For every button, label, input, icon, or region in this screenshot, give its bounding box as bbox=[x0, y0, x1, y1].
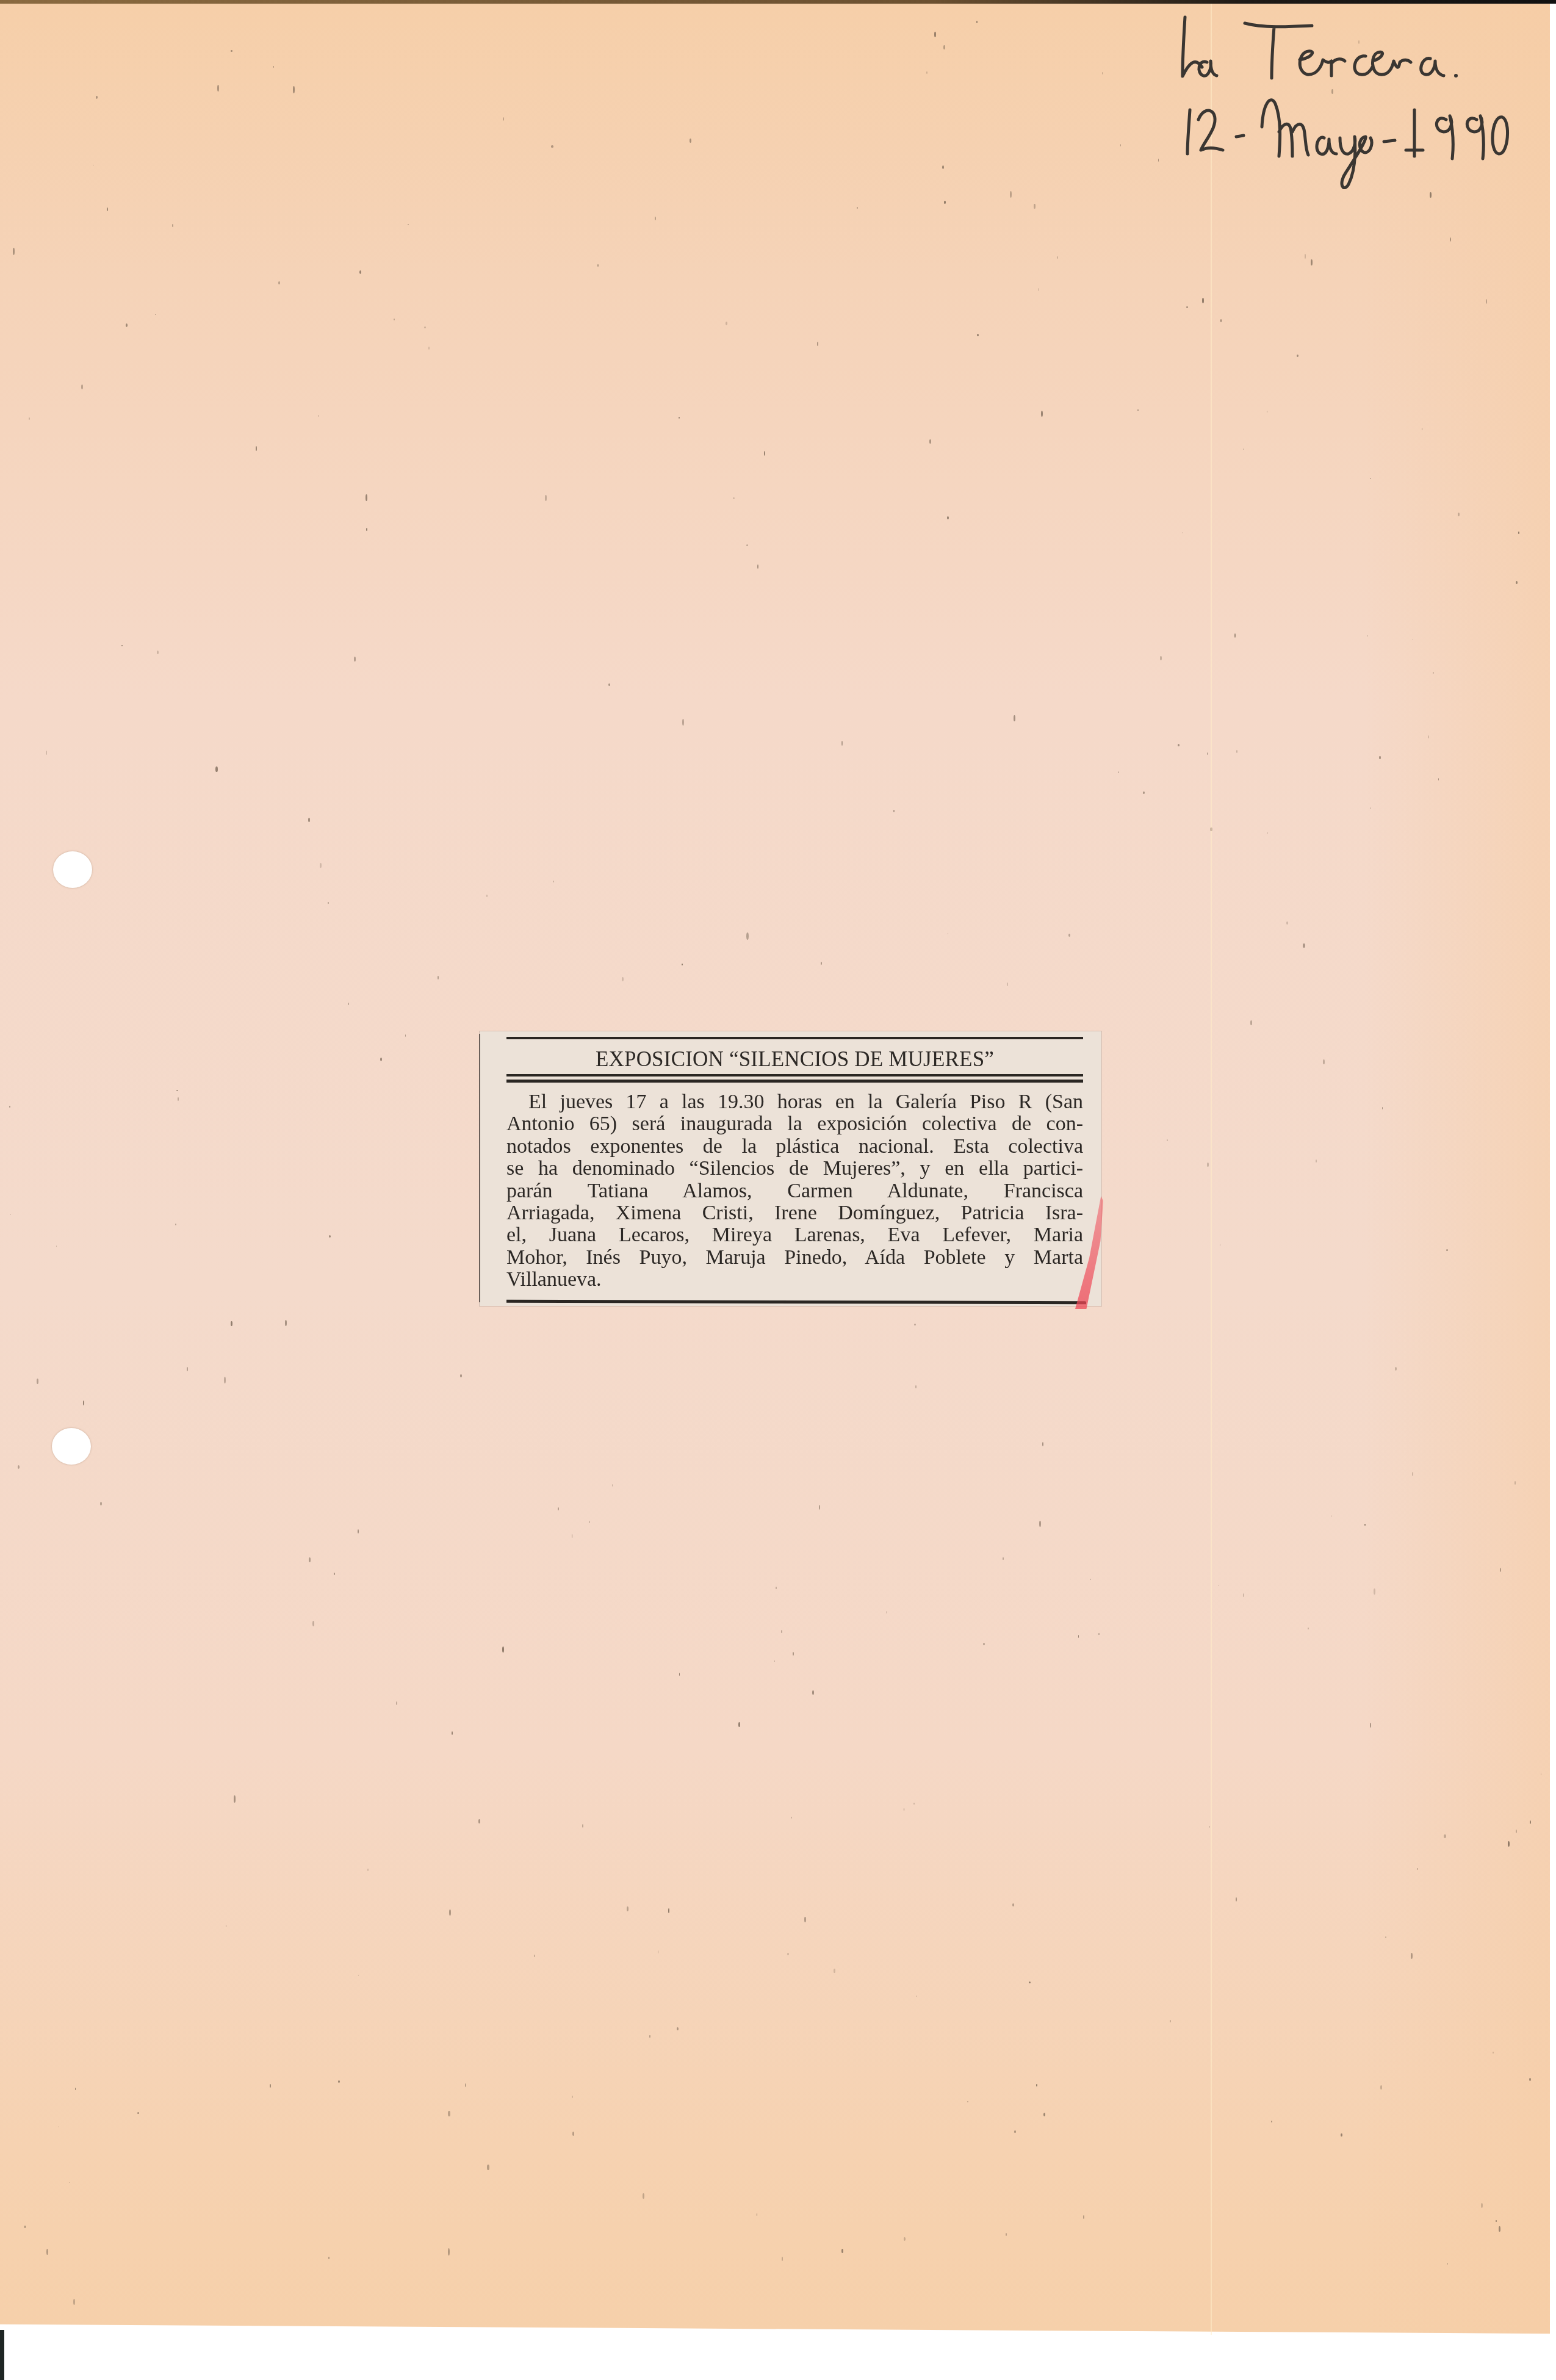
paper-speck bbox=[612, 1484, 613, 1487]
paper-speck bbox=[226, 1925, 226, 1926]
paper-speck bbox=[857, 207, 858, 209]
paper-speck bbox=[1207, 752, 1208, 755]
paper-speck bbox=[1444, 1834, 1446, 1839]
paper-speck bbox=[318, 415, 319, 417]
newspaper-clipping: EXPOSICION “SILENCIOS DE MUJERES” El jue… bbox=[480, 1031, 1101, 1306]
paper-speck bbox=[1385, 1936, 1386, 1938]
paper-crease-line bbox=[1211, 4, 1212, 2335]
paper-speck bbox=[926, 71, 927, 74]
paper-speck bbox=[465, 2083, 466, 2087]
paper-speck bbox=[1034, 204, 1035, 209]
paper-speck bbox=[328, 902, 329, 904]
paper-speck bbox=[460, 1374, 462, 1377]
paper-speck bbox=[293, 86, 295, 93]
paper-speck bbox=[452, 1731, 453, 1735]
paper-speck bbox=[572, 2096, 573, 2098]
paper-speck bbox=[487, 2165, 489, 2170]
paper-speck bbox=[914, 1324, 916, 1325]
paper-speck bbox=[934, 32, 935, 37]
clipping-body-line: el, Juana Lecaros, Mireya Larenas, Eva L… bbox=[506, 1224, 1083, 1246]
paper-speck bbox=[1379, 756, 1380, 759]
paper-speck bbox=[1481, 2203, 1483, 2208]
paper-speck bbox=[791, 1817, 792, 1819]
headline-rule-thick bbox=[506, 1080, 1083, 1083]
paper-speck bbox=[738, 1722, 740, 1727]
punch-hole-bottom bbox=[52, 1428, 91, 1465]
paper-speck bbox=[366, 494, 367, 501]
handwritten-note: La Tercera. 12-Mayo-1990 bbox=[1172, 12, 1513, 189]
paper-speck bbox=[312, 1621, 314, 1626]
paper-speck bbox=[1516, 581, 1518, 585]
paper-speck bbox=[649, 2035, 650, 2038]
paper-speck bbox=[354, 657, 356, 661]
paper-speck bbox=[448, 2111, 450, 2116]
paper-speck bbox=[380, 1058, 382, 1061]
paper-speck bbox=[1234, 633, 1236, 637]
paper-speck bbox=[977, 334, 979, 336]
paper-speck bbox=[551, 145, 553, 148]
paper-speck bbox=[1202, 298, 1204, 303]
paper-speck bbox=[1341, 2133, 1342, 2137]
paper-speck bbox=[231, 50, 232, 52]
paper-speck bbox=[1083, 2215, 1085, 2219]
paper-speck bbox=[320, 863, 322, 867]
paper-speck bbox=[24, 2226, 25, 2228]
clipping-body-line: Arriagada, Ximena Cristi, Irene Domíngue… bbox=[506, 1202, 1083, 1224]
paper-speck bbox=[1210, 828, 1212, 831]
paper-speck bbox=[841, 2249, 843, 2253]
paper-speck bbox=[100, 1502, 102, 1506]
paper-speck bbox=[746, 932, 748, 939]
paper-speck bbox=[1220, 319, 1222, 322]
paper-speck bbox=[967, 2101, 968, 2102]
paper-speck bbox=[942, 165, 944, 169]
paper-speck bbox=[655, 217, 656, 220]
paper-speck bbox=[1308, 1628, 1308, 1630]
clipping-body-line: parán Tatiana Alamos, Carmen Aldunate, F… bbox=[506, 1180, 1083, 1202]
clipping-body-line: Villanueva. bbox=[506, 1269, 1083, 1291]
paper-speck bbox=[929, 439, 931, 443]
paper-speck bbox=[776, 1587, 777, 1589]
paper-speck bbox=[983, 1643, 985, 1646]
paper-speck bbox=[83, 1401, 84, 1405]
paper-speck bbox=[1382, 1107, 1383, 1109]
paper-speck bbox=[503, 117, 504, 121]
paper-speck bbox=[553, 881, 554, 882]
clipping-body-line: notados exponentes de la plástica nacion… bbox=[506, 1136, 1083, 1158]
paper-speck bbox=[37, 1379, 38, 1383]
paper-speck bbox=[396, 1701, 397, 1705]
paper-speck bbox=[915, 1385, 917, 1388]
paper-speck bbox=[1303, 943, 1305, 948]
paper-speck bbox=[256, 446, 257, 452]
paper-speck bbox=[438, 976, 439, 979]
paper-speck bbox=[1486, 299, 1487, 304]
paper-speck bbox=[1500, 1568, 1501, 1572]
clipping-body: El jueves 17 a las 19.30 horas en la Gal… bbox=[506, 1091, 1083, 1291]
paper-speck bbox=[643, 2193, 644, 2199]
paper-speck bbox=[943, 45, 945, 50]
paper-speck bbox=[1160, 656, 1162, 660]
paper-speck bbox=[1450, 237, 1451, 242]
paper-speck bbox=[944, 201, 945, 203]
paper-speck bbox=[449, 1909, 451, 1916]
handwriting-strokes bbox=[1172, 12, 1513, 189]
paper-speck bbox=[1496, 2220, 1497, 2222]
paper-speck bbox=[157, 651, 159, 654]
paper-speck bbox=[367, 1869, 369, 1872]
paper-speck bbox=[502, 1646, 504, 1653]
paper-speck bbox=[231, 1321, 232, 1326]
paper-speck bbox=[1014, 715, 1015, 721]
paper-speck bbox=[976, 21, 978, 23]
paper-speck bbox=[1014, 2130, 1016, 2133]
headline-rule-thin bbox=[506, 1074, 1083, 1076]
paper-speck bbox=[309, 1557, 311, 1562]
paper-speck bbox=[793, 1652, 794, 1656]
paper-speck bbox=[1499, 2226, 1500, 2232]
clipping-bottom-rule bbox=[506, 1300, 1086, 1304]
paper-speck bbox=[1364, 1524, 1366, 1526]
clipping-top-rule bbox=[506, 1037, 1083, 1039]
paper-speck bbox=[56, 1246, 57, 1246]
paper-speck bbox=[408, 224, 408, 225]
paper-speck bbox=[1297, 355, 1298, 357]
clipping-body-line: Mohor, Inés Puyo, Maruja Pinedo, Aída Po… bbox=[506, 1247, 1083, 1269]
paper-speck bbox=[1311, 259, 1313, 265]
paper-speck bbox=[328, 2257, 329, 2259]
paper-speck bbox=[1430, 192, 1431, 198]
scan-top-edge bbox=[0, 0, 1556, 4]
paper-speck bbox=[224, 1377, 226, 1383]
paper-speck bbox=[308, 818, 310, 822]
paper-speck bbox=[215, 766, 217, 772]
paper-speck bbox=[841, 741, 843, 745]
paper-speck bbox=[1529, 2078, 1531, 2081]
paper-speck bbox=[1446, 1249, 1447, 1251]
paper-speck bbox=[338, 2080, 340, 2082]
paper-speck bbox=[478, 1819, 480, 1823]
paper-speck bbox=[947, 516, 949, 520]
paper-speck bbox=[1029, 1982, 1031, 1983]
paper-speck bbox=[1178, 744, 1180, 746]
paper-speck bbox=[804, 1917, 806, 1922]
paper-speck bbox=[1186, 306, 1188, 308]
paper-speck bbox=[1518, 532, 1519, 534]
scan-bottom-left-edge bbox=[0, 2330, 4, 2380]
clipping-headline: EXPOSICION “SILENCIOS DE MUJERES” bbox=[506, 1047, 1083, 1072]
paper-speck bbox=[1493, 2052, 1494, 2054]
paper-speck bbox=[1412, 640, 1413, 640]
punch-hole-top bbox=[53, 851, 92, 888]
paper-speck bbox=[1412, 1472, 1413, 1476]
paper-speck bbox=[726, 322, 727, 325]
paper-speck bbox=[1323, 1059, 1325, 1064]
paper-speck bbox=[812, 1690, 813, 1695]
paper-speck bbox=[1267, 411, 1267, 413]
paper-speck bbox=[1370, 1723, 1371, 1728]
clipping-body-line: Antonio 65) será inaugurada la exposició… bbox=[506, 1113, 1083, 1135]
paper-speck bbox=[278, 281, 279, 284]
paper-speck bbox=[1380, 2085, 1382, 2090]
paper-speck bbox=[1098, 1633, 1100, 1635]
paper-speck bbox=[1207, 1163, 1209, 1167]
paper-speck bbox=[359, 270, 361, 273]
paper-speck bbox=[285, 1320, 287, 1327]
paper-speck bbox=[677, 2027, 679, 2031]
paper-speck bbox=[1090, 1579, 1091, 1580]
paper-speck bbox=[1428, 735, 1429, 738]
paper-speck bbox=[1316, 1159, 1317, 1163]
paper-speck bbox=[608, 683, 610, 687]
paper-speck bbox=[1271, 2121, 1272, 2122]
paper-speck bbox=[96, 96, 98, 98]
paper-speck bbox=[334, 1573, 335, 1575]
paper-speck bbox=[733, 497, 735, 499]
paper-speck bbox=[787, 1953, 789, 1955]
paper-speck bbox=[29, 417, 30, 420]
clipping-edge-shadow bbox=[479, 1034, 480, 1302]
paper-speck bbox=[1003, 1557, 1003, 1560]
paper-speck bbox=[834, 1969, 835, 1974]
clipping-body-line: El jueves 17 a las 19.30 horas en la Gal… bbox=[506, 1091, 1083, 1113]
paper-speck bbox=[1250, 1020, 1252, 1025]
clipping-body-line: se ha denominado “Silencios de Mujeres”,… bbox=[506, 1158, 1083, 1180]
paper-speck bbox=[817, 342, 818, 346]
